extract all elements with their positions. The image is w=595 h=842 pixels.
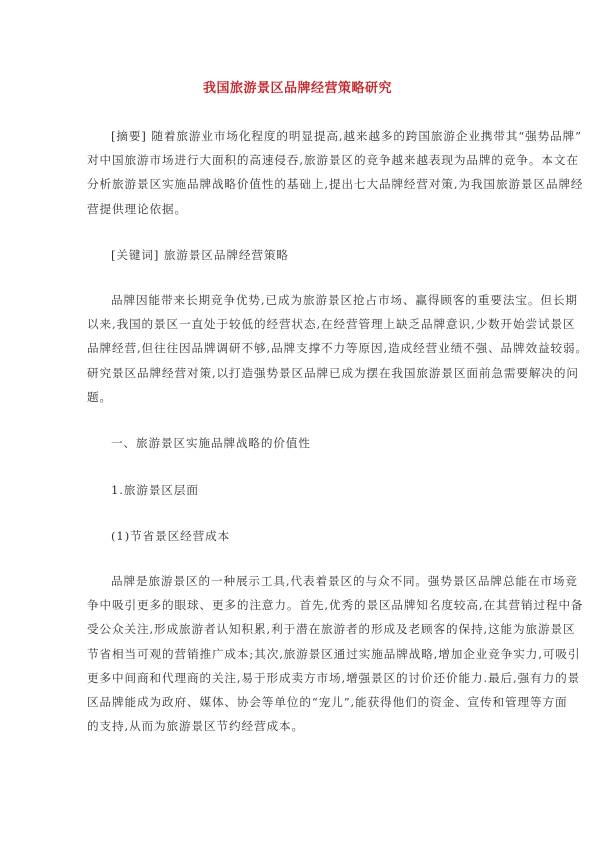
intro-line: 以来,我国的景区一直处于较低的经营状态,在经营管理上缺乏品牌意识,少数开始尝试景… xyxy=(87,312,507,336)
body-line: 品牌是旅游景区的一种展示工具,代表着景区的与众不同。强势景区品牌总能在市场竞 xyxy=(87,569,507,593)
keywords-line: [关键词] 旅游景区品牌经营策略 xyxy=(111,247,289,263)
body-line: 受公众关注,形成旅游者认知积累,利于潜在旅游者的形成及老顾客的保持,这能为旅游景… xyxy=(87,617,507,641)
intro-paragraph: 品牌因能带来长期竞争优势,已成为旅游景区抢占市场、赢得顾客的重要法宝。但长期 以… xyxy=(87,288,507,409)
subsubsection-heading: (1)节省景区经营成本 xyxy=(111,528,230,544)
intro-line: 品牌因能带来长期竞争优势,已成为旅游景区抢占市场、赢得顾客的重要法宝。但长期 xyxy=(87,288,507,312)
subsection-heading: 1.旅游景区层面 xyxy=(111,482,199,498)
intro-line: 研究景区品牌经营对策,以打造强势景区品牌已成为摆在我国旅游景区面前急需要解决的问 xyxy=(87,361,507,385)
abstract-line: 对中国旅游市场进行大面积的高速侵吞,旅游景区的竞争越来越表现为品牌的竞争。本文在 xyxy=(87,148,507,172)
body-line: 更多中间商和代理商的关注,易于形成卖方市场,增强景区的讨价还价能力.最后,强有力… xyxy=(87,666,507,690)
document-title: 我国旅游景区品牌经营策略研究 xyxy=(0,77,595,96)
intro-line: 品牌经营,但往往因品牌调研不够,品牌支撑不力等原因,造成经营业绩不强、品牌效益较… xyxy=(87,336,507,360)
abstract-line: 营提供理论依据。 xyxy=(87,197,507,221)
intro-line: 题。 xyxy=(87,385,507,409)
abstract-line: [摘要] 随着旅游业市场化程度的明显提高,越来越多的跨国旅游企业携带其“强势品牌… xyxy=(87,124,507,148)
abstract-line: 分析旅游景区实施品牌战略价值性的基础上,提出七大品牌经营对策,为我国旅游景区品牌… xyxy=(87,172,507,196)
body-paragraph: 品牌是旅游景区的一种展示工具,代表着景区的与众不同。强势景区品牌总能在市场竞 争… xyxy=(87,569,507,738)
abstract-paragraph: [摘要] 随着旅游业市场化程度的明显提高,越来越多的跨国旅游企业携带其“强势品牌… xyxy=(87,124,507,221)
body-line: 的支持,从而为旅游景区节约经营成本。 xyxy=(87,714,507,738)
section-heading: 一、旅游景区实施品牌战略的价值性 xyxy=(111,435,311,451)
body-line: 节省相当可观的营销推广成本;其次,旅游景区通过实施品牌战略,增加企业竞争实力,可… xyxy=(87,642,507,666)
body-line: 争中吸引更多的眼球、更多的注意力。首先,优秀的景区品牌知名度较高,在其营销过程中… xyxy=(87,593,507,617)
body-line: 区品牌能成为政府、媒体、协会等单位的“宠儿”,能获得他们的资金、宣传和管理等方面 xyxy=(87,690,507,714)
document-page: 我国旅游景区品牌经营策略研究 [摘要] 随着旅游业市场化程度的明显提高,越来越多… xyxy=(0,0,595,842)
